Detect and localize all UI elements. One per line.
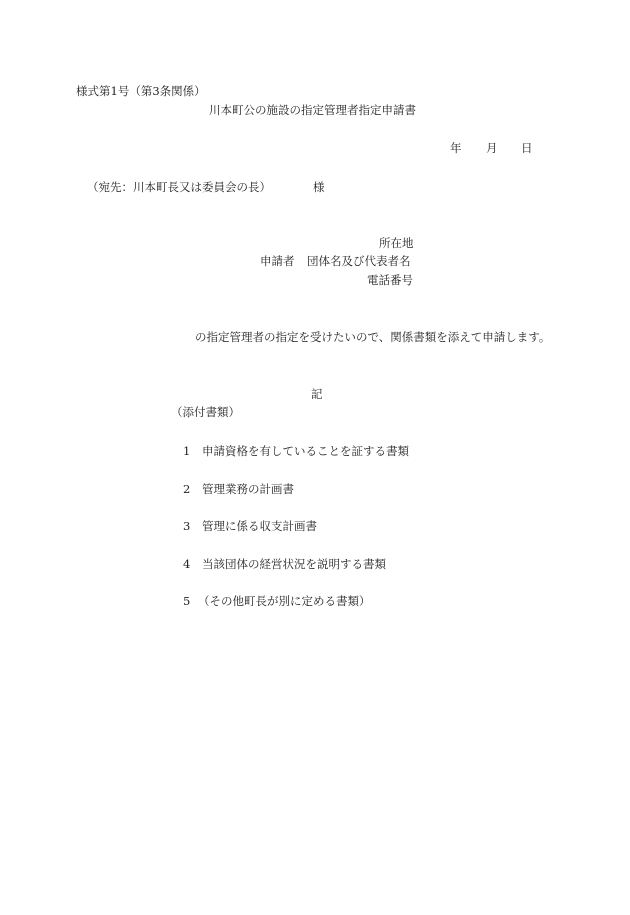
- attachment-number: 2: [183, 482, 190, 496]
- attachment-text: 管理業務の計画書: [202, 482, 294, 496]
- form-label: 様式第1号（第3条関係）: [76, 84, 206, 98]
- attachment-number: 3: [183, 519, 190, 533]
- year-label: 年: [450, 141, 462, 155]
- attachment-number: 5: [183, 594, 190, 608]
- applicant-label: 申請者: [260, 254, 295, 268]
- day-label: 日: [521, 141, 533, 155]
- phone-label: 電話番号: [367, 273, 413, 287]
- attachments-heading: （添付書類）: [171, 405, 240, 419]
- application-statement: の指定管理者の指定を受けたいので、関係書類を添えて申請します。: [195, 330, 550, 344]
- attachment-text: 申請資格を有していることを証する書類: [202, 444, 409, 458]
- addressee-honorific: 様: [313, 180, 325, 194]
- ki-heading: 記: [311, 387, 323, 401]
- addressee-text: （宛先：川本町長又は委員会の長）: [87, 180, 271, 194]
- attachment-number: 1: [183, 444, 190, 458]
- address-label: 所在地: [379, 236, 414, 250]
- attachment-number: 4: [183, 557, 190, 571]
- attachment-text: 当該団体の経営状況を説明する書類: [202, 557, 386, 571]
- attachment-text: （その他町長が別に定める書類）: [198, 594, 371, 608]
- organization-name-label: 団体名及び代表者名: [307, 254, 411, 268]
- attachment-text: 管理に係る収支計画書: [202, 519, 317, 533]
- document-title: 川本町公の施設の指定管理者指定申請書: [209, 103, 416, 117]
- month-label: 月: [486, 141, 498, 155]
